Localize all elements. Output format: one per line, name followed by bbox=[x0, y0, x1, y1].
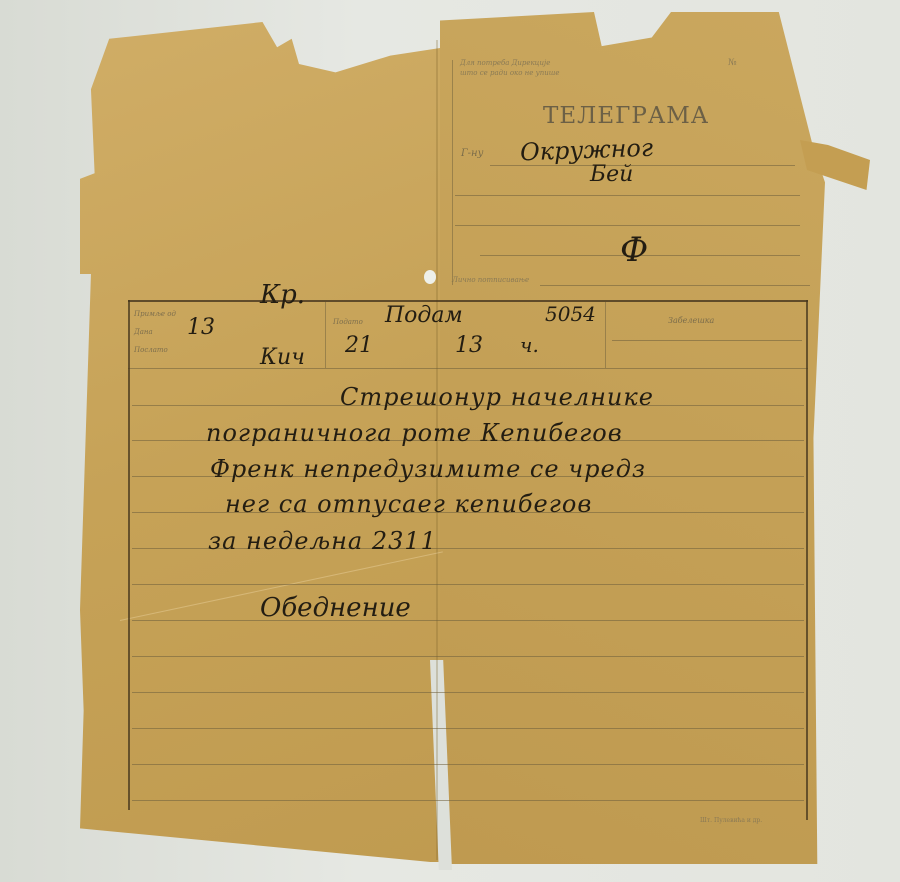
handwritten-minute: ч. bbox=[520, 333, 539, 357]
body-rule bbox=[132, 584, 804, 585]
handwritten-place-2: Кич bbox=[260, 345, 305, 370]
header-rule bbox=[455, 195, 800, 196]
handwritten-place-1: Кр. bbox=[260, 280, 305, 310]
handwritten-signature: Обеднение bbox=[260, 593, 411, 623]
form-column-divider bbox=[605, 302, 606, 368]
form-right-border bbox=[806, 300, 808, 820]
form-header-divider bbox=[128, 368, 808, 369]
received-label: Примље од bbox=[134, 310, 176, 318]
header-note-line-2: што се ради око не упише bbox=[460, 68, 559, 78]
header-note: Для потреба Дирекције што се ради око не… bbox=[460, 58, 559, 78]
center-fold bbox=[436, 40, 438, 860]
message-line-5: за недељна 2311 bbox=[208, 527, 437, 555]
recipient-label: Г-ну bbox=[461, 148, 483, 159]
printer-imprint: Шт. Пулевића и др. bbox=[700, 817, 762, 824]
body-rule bbox=[132, 764, 804, 765]
punch-hole bbox=[424, 270, 436, 284]
message-line-4: нег са отпусаег кепибегов bbox=[225, 490, 592, 518]
handwritten-day: 21 bbox=[345, 333, 373, 358]
handwritten-origin: Подам bbox=[385, 303, 463, 328]
handwritten-word-count: 5054 bbox=[545, 302, 596, 326]
notes-label: Забелешка bbox=[668, 316, 714, 325]
message-line-1: Стрешонур начелнике bbox=[340, 383, 654, 411]
handwritten-hour: 13 bbox=[455, 333, 483, 358]
header-rule bbox=[455, 225, 800, 226]
form-left-border bbox=[128, 300, 130, 810]
header-note-line-1: Для потреба Дирекције bbox=[460, 58, 559, 68]
handwritten-signature-mark: Ф bbox=[620, 230, 648, 270]
origin-label: Подато bbox=[333, 318, 363, 326]
number-mark: № bbox=[728, 58, 737, 68]
header-left-rule bbox=[452, 60, 453, 285]
body-rule bbox=[132, 728, 804, 729]
form-top-border bbox=[128, 300, 808, 302]
header-rule bbox=[540, 285, 810, 286]
form-column-divider bbox=[325, 302, 326, 368]
notes-rule bbox=[612, 340, 802, 341]
document-title: ТЕЛЕГРАМА bbox=[543, 103, 709, 129]
body-rule bbox=[132, 800, 804, 801]
body-rule bbox=[132, 656, 804, 657]
body-rule bbox=[132, 620, 804, 621]
body-rule bbox=[132, 692, 804, 693]
message-line-2: пограничнога роте Кепибегов bbox=[206, 419, 623, 447]
signature-label: Лично потписивање bbox=[452, 276, 529, 284]
handwritten-recipient-line-2: Бей bbox=[590, 162, 633, 187]
sent-label: Послато bbox=[134, 346, 168, 354]
date-label: Дана bbox=[134, 328, 153, 336]
handwritten-received-number: 13 bbox=[187, 315, 215, 340]
message-line-3: Френк непредузимите се чредз bbox=[210, 455, 646, 483]
